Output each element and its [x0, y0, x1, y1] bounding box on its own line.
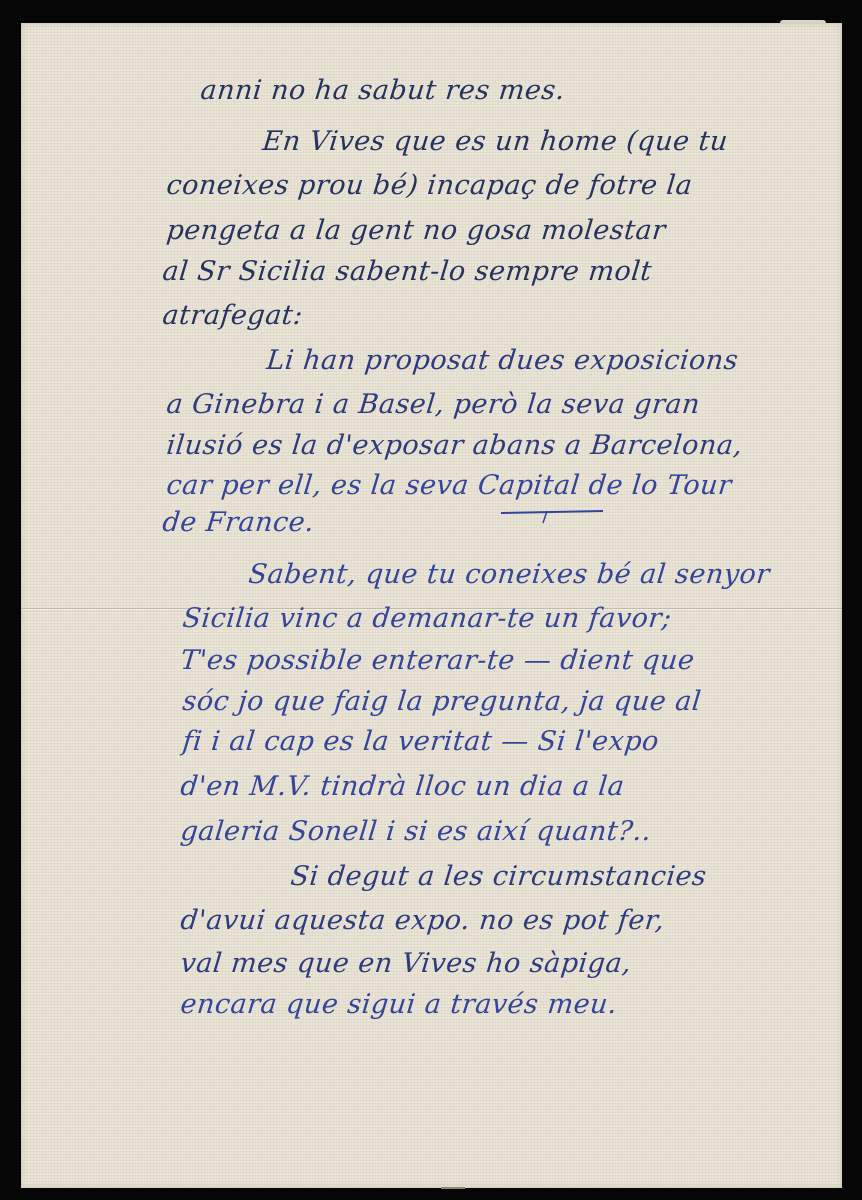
letter-line-19: Si degut a les circumstancies	[289, 861, 708, 892]
letter-paper: anni no ha sabut res mes. En Vives que e…	[21, 23, 842, 1188]
letter-line-3: coneixes prou bé) incapaç de fotre la	[165, 170, 694, 201]
letter-line-7: Li han proposat dues exposicions	[265, 345, 740, 376]
letter-line-4: pengeta a la gent no gosa molestar	[165, 215, 667, 246]
letter-line-14: T'es possible enterar-te — dient que	[179, 645, 696, 676]
capital-underline	[499, 505, 609, 525]
letter-line-1: anni no ha sabut res mes.	[199, 75, 567, 106]
letter-line-20: d'avui aquesta expo. no es pot fer,	[179, 905, 666, 936]
fold-nick	[441, 1187, 465, 1189]
letter-line-11: de France.	[161, 507, 316, 538]
scanned-letter: anni no ha sabut res mes. En Vives que e…	[0, 0, 862, 1200]
letter-line-9: ilusió es la d'exposar abans a Barcelona…	[165, 430, 744, 461]
letter-line-5: al Sr Sicilia sabent-lo sempre molt	[161, 256, 653, 287]
letter-line-12: Sabent, que tu coneixes bé al senyor	[247, 559, 771, 590]
letter-line-2: En Vives que es un home (que tu	[261, 126, 730, 157]
letter-line-10-text: car per ell, es la seva Capital de lo To…	[165, 470, 733, 501]
letter-line-17: d'en M.V. tindrà lloc un dia a la	[179, 771, 626, 802]
letter-line-10: car per ell, es la seva Capital de lo To…	[165, 470, 733, 501]
letter-line-22: encara que sigui a través meu.	[179, 989, 619, 1020]
letter-line-6: atrafegat:	[161, 300, 305, 331]
letter-line-18: galeria Sonell i si es així quant?..	[179, 816, 653, 847]
letter-line-15: sóc jo que faig la pregunta, ja que al	[181, 686, 703, 717]
letter-line-16: fi i al cap es la veritat — Si l'expo	[181, 726, 661, 757]
letter-line-21: val mes que en Vives ho sàpiga,	[179, 948, 633, 979]
letter-line-8: a Ginebra i a Basel, però la seva gran	[165, 389, 702, 420]
letter-line-13: Sicilia vinc a demanar-te un favor;	[181, 603, 673, 634]
